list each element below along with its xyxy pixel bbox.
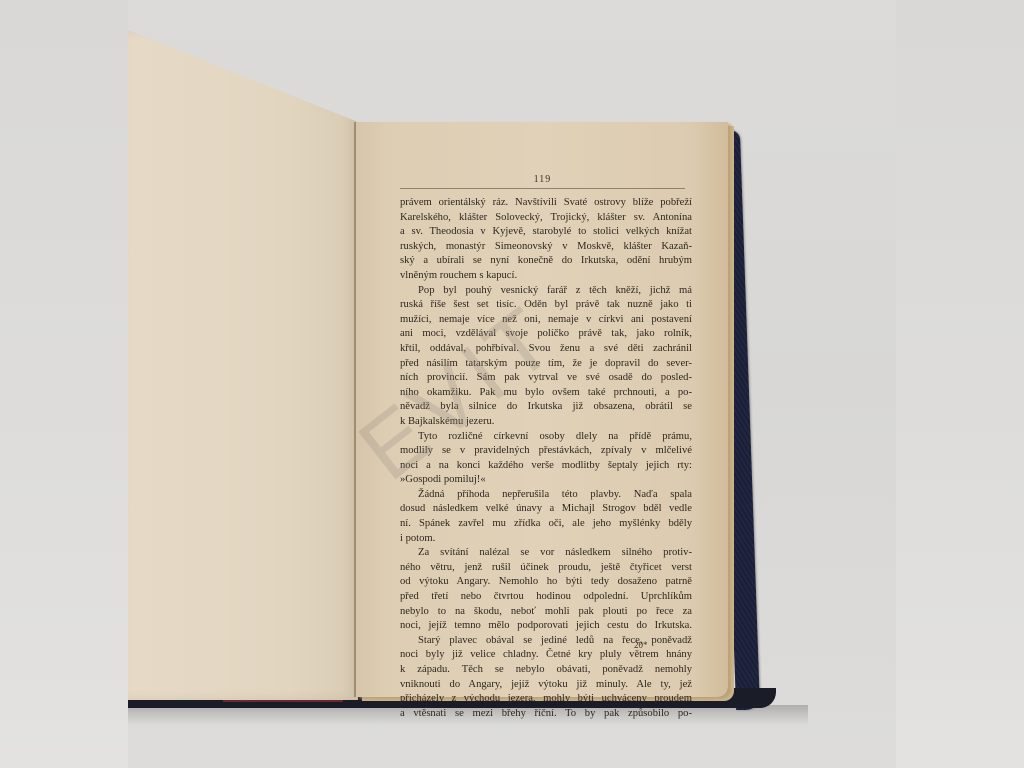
- text-line: ský a ubírali se nyní konečně do Irkutsk…: [400, 254, 692, 269]
- text-line: Tyto rozličné církevní osoby dlely na př…: [400, 430, 692, 445]
- book-photo: 119 právem orientálský ráz. Navštívili S…: [128, 0, 896, 768]
- text-line: ní. Spánek zavřel mu zřídka oči, ale jeh…: [400, 517, 692, 532]
- text-line: křtil, oddával, pohřbíval. Svou ženu a s…: [400, 342, 692, 357]
- page-header: 119: [400, 174, 685, 190]
- text-line: »Gospodi pomiluj!«: [400, 473, 692, 488]
- text-line: Pop byl pouhý vesnický farář z těch kněž…: [400, 284, 692, 299]
- text-line: noci a na konci každého verše modlitby š…: [400, 459, 692, 474]
- text-line: Starý plavec obával se jediné ledů na ře…: [400, 634, 692, 649]
- header-rule: [400, 188, 685, 189]
- text-line: ních provincií. Sám pak vytrval ve své o…: [400, 371, 692, 386]
- page-number: 119: [400, 174, 685, 185]
- page-body-text: právem orientálský ráz. Navštívili Svaté…: [400, 196, 692, 721]
- text-line: a sv. Theodosia v Kyjevě, starobylé to s…: [400, 225, 692, 240]
- text-line: něvadž byla silnice do Irkutska již obsa…: [400, 400, 692, 415]
- text-line: Karelského, klášter Solovecký, Trojický,…: [400, 211, 692, 226]
- text-line: i potom.: [400, 532, 692, 547]
- text-line: noci byly již velice chladny. Četné kry …: [400, 648, 692, 663]
- text-line: noci, jejíž temno mělo podporovati jejic…: [400, 619, 692, 634]
- text-line: ruská říše šest set tisíc. Oděn byl práv…: [400, 298, 692, 313]
- text-line: k Bajkalskému jezeru.: [400, 415, 692, 430]
- text-line: od výtoku Angary. Nemohlo ho býti tedy d…: [400, 575, 692, 590]
- text-line: ného větru, jenž rušil účinek proudu, je…: [400, 561, 692, 576]
- text-line: Žádná příhoda nepřerušila této plavby. N…: [400, 488, 692, 503]
- signature-mark: 20*: [634, 640, 648, 650]
- text-line: ruských, monastýr Simeonovský v Moskvě, …: [400, 240, 692, 255]
- text-line: nebylo to na škodu, neboť mohli pak plou…: [400, 605, 692, 620]
- text-line: vlněným rouchem s kapucí.: [400, 269, 692, 284]
- text-line: vniknouti do Angary, jejíž výtoku již mi…: [400, 678, 692, 693]
- book-spine: [354, 122, 356, 697]
- text-line: dosud následkem velké únavy a Michajl St…: [400, 502, 692, 517]
- text-line: modlily se v pravidelných přestávkách, z…: [400, 444, 692, 459]
- text-line: a vtěsnati se mezi břehy říční. To by pa…: [400, 707, 692, 722]
- text-line: před třetí nebo čtvrtou hodinou odpoledn…: [400, 590, 692, 605]
- left-page-blank: [128, 30, 358, 700]
- text-line: před násilím tatarským pouze tím, že je …: [400, 357, 692, 372]
- text-line: ního okamžiku. Pak mu bylo ovšem také pr…: [400, 386, 692, 401]
- text-line: ani moci, vzdělával svoje políčko právě …: [400, 327, 692, 342]
- text-line: Za svítání nalézal se vor následkem siln…: [400, 546, 692, 561]
- text-line: mužíci, nemaje více než oni, nemaje v cí…: [400, 313, 692, 328]
- text-line: právem orientálský ráz. Navštívili Svaté…: [400, 196, 692, 211]
- text-line: přicházely z východu jezera, mohly býti …: [400, 692, 692, 707]
- text-line: k západu. Těch se nebylo obávati, poněva…: [400, 663, 692, 678]
- right-page: 119 právem orientálský ráz. Navštívili S…: [356, 122, 728, 697]
